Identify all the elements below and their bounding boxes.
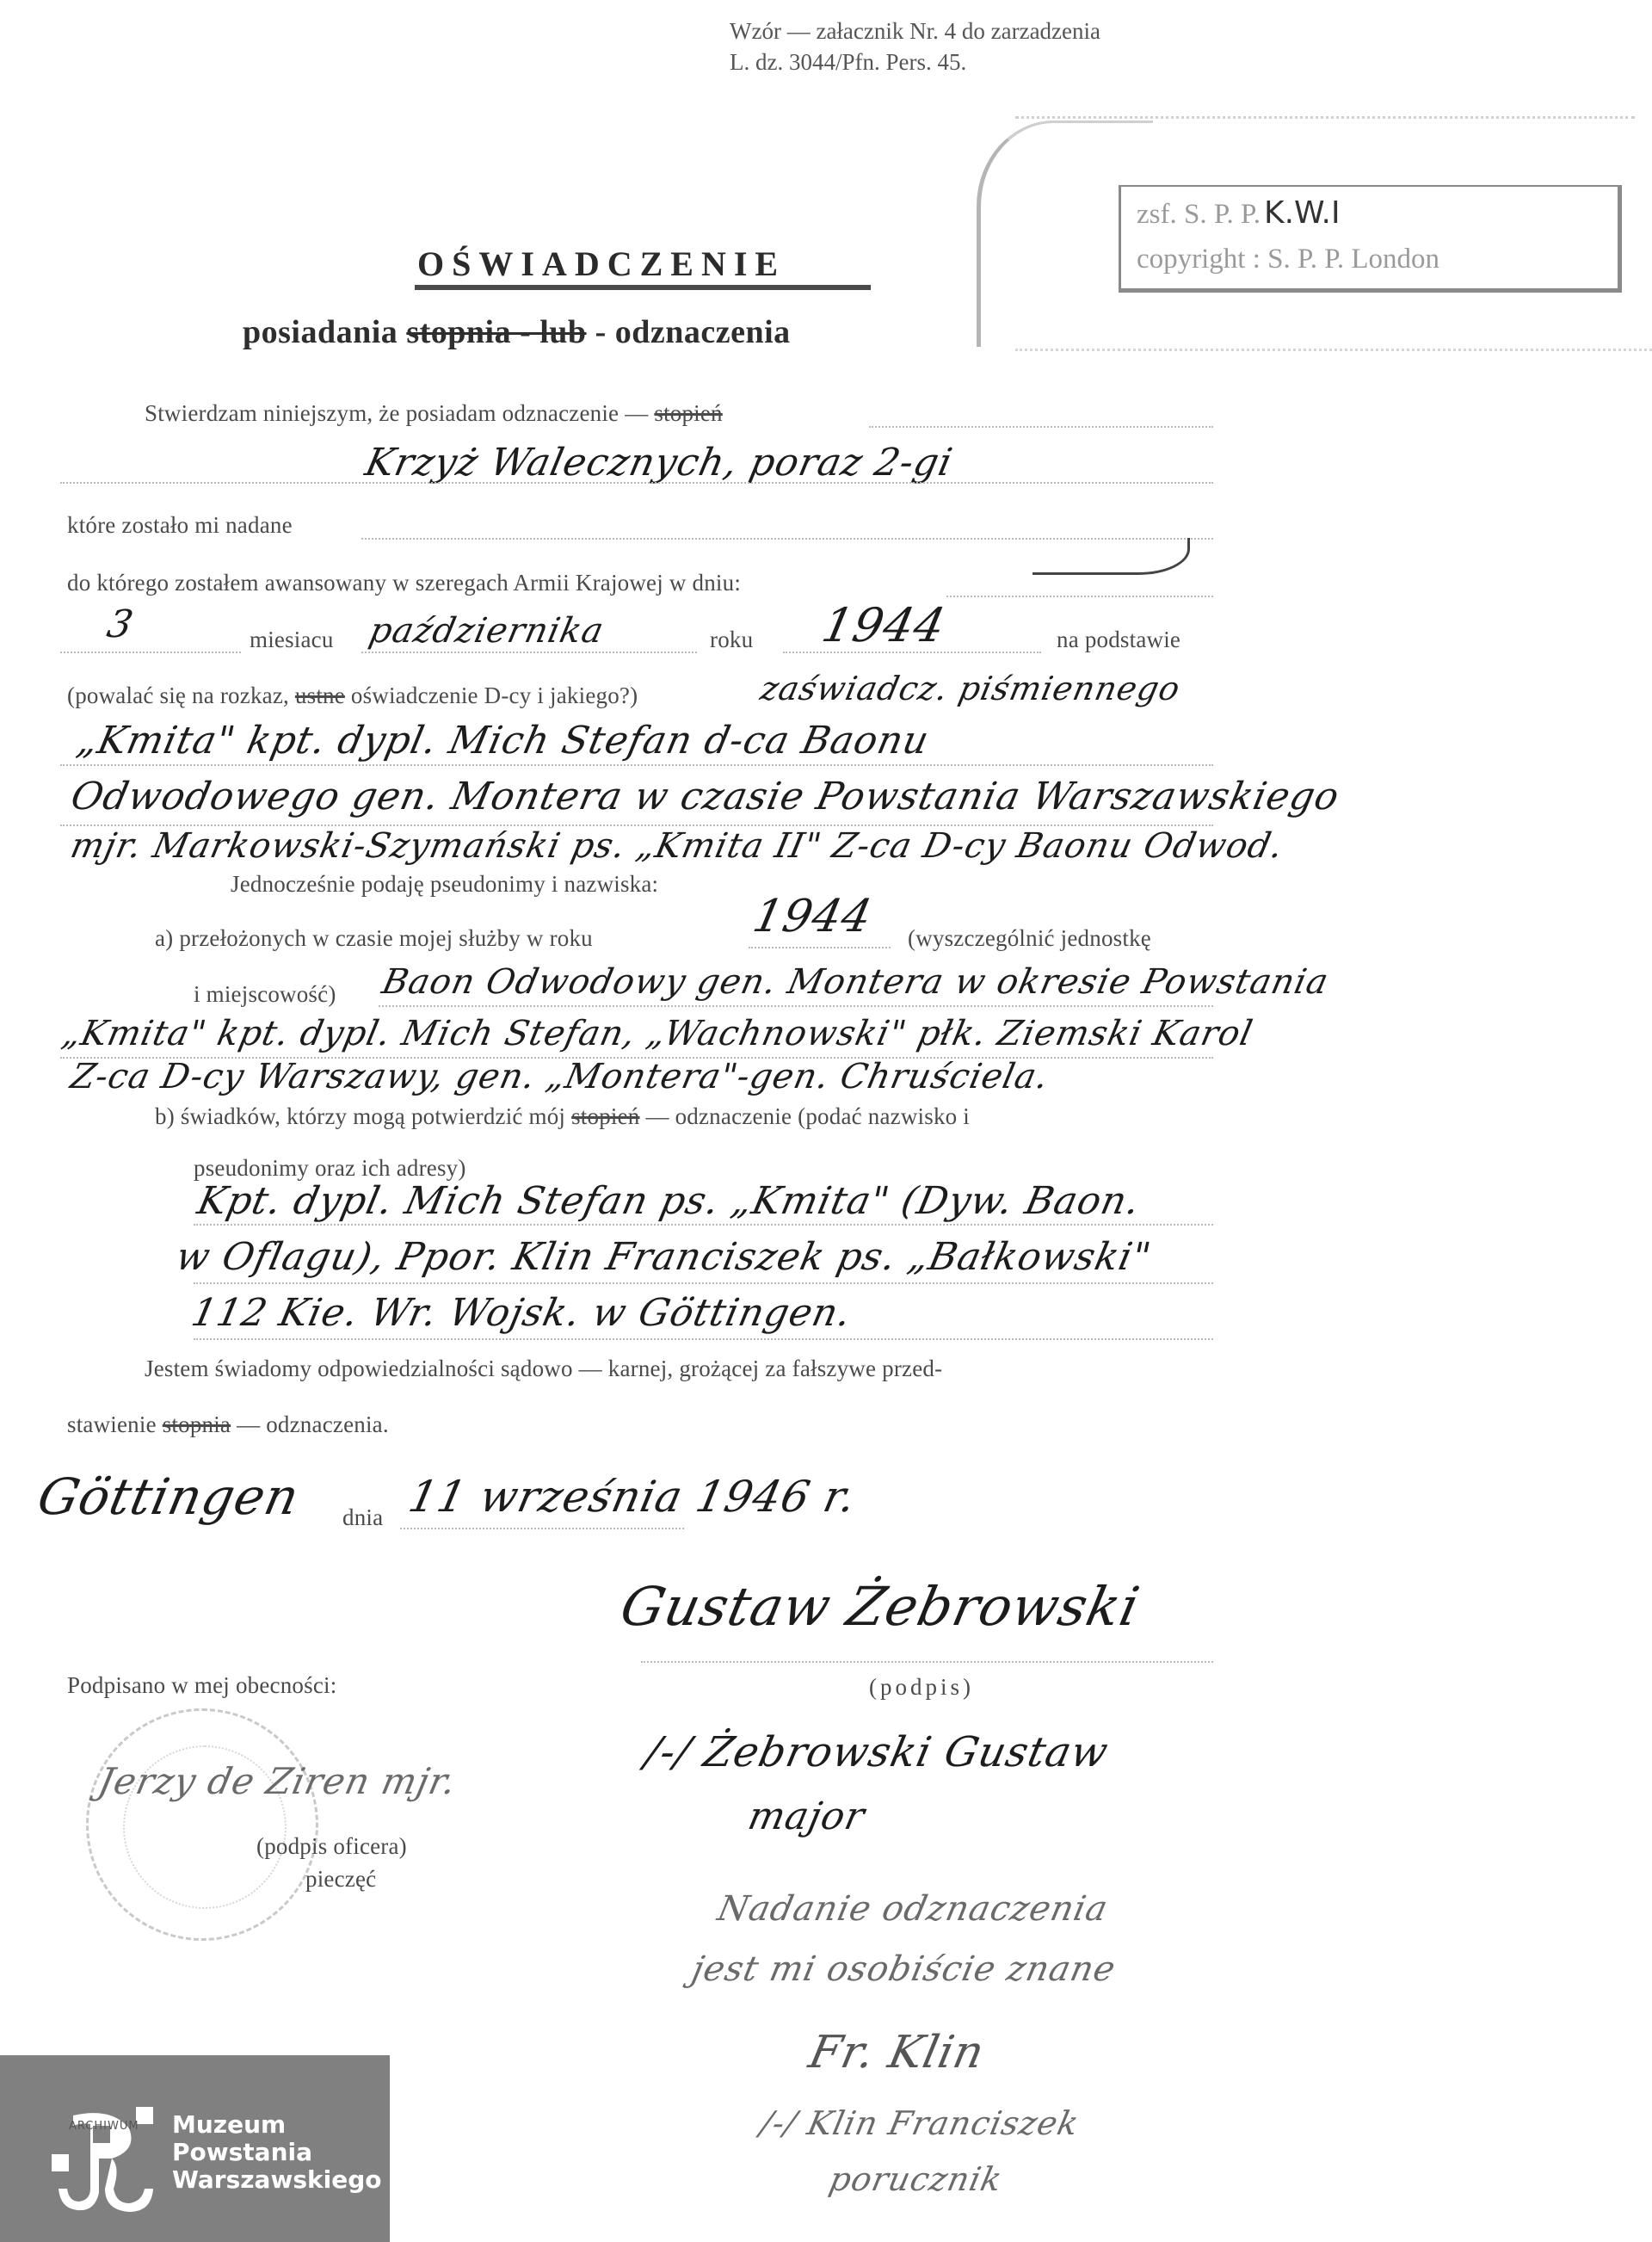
basis-label: na podstawie: [1057, 627, 1180, 653]
witnesses-hint: pseudonimy oraz ich adresy): [194, 1155, 466, 1182]
confirmation-note-line-2: jest mi osobiście znane: [688, 1949, 1119, 1989]
stamp-reference-prefix: zsf. S. P. P.: [1137, 199, 1261, 230]
struck-text: ustne: [295, 682, 345, 708]
struck-text: stopień: [654, 400, 722, 426]
day-value-handwritten: 3: [103, 602, 138, 646]
dotted-line: [400, 1528, 684, 1529]
dotted-line: [749, 947, 891, 948]
declarant-name-handwritten: /-/ Żebrowski Gustaw: [641, 1728, 1113, 1776]
witness-value-handwritten-2: w Oflagu), Ppor. Klin Franciszek ps. „Ba…: [172, 1235, 1156, 1279]
form-reference-line-2: L. dz. 3044/Pfn. Pers. 45.: [730, 46, 1100, 77]
basis-value-handwritten-4: mjr. Markowski-Szymański ps. „Kmita II" …: [67, 826, 1287, 866]
basis-hint: (powalać się na rozkaz, ustne oświadczen…: [67, 682, 638, 709]
basis-value-handwritten-3: Odwodowego gen. Montera w czasie Powstan…: [67, 775, 1343, 818]
struck-text: stopnia - lub: [406, 314, 586, 350]
confirming-officer-rank: porucznik: [826, 2160, 1006, 2198]
stamp-handwritten-code: K.W.I: [1264, 195, 1341, 231]
dotted-line: [194, 1224, 1213, 1226]
dotted-line: [869, 426, 1213, 428]
confirmation-note-line-1: Nadanie odznaczenia: [714, 1889, 1112, 1929]
place-value-handwritten-3: Z-ca D-cy Warszawy, gen. „Montera"-gen. …: [67, 1057, 1052, 1096]
promotion-date-label: do którego zostałem awansowany w szerega…: [67, 570, 741, 596]
stamp-dotted-border-bottom: [1015, 349, 1652, 351]
place-value-handwritten-1: Baon Odwodowy gen. Montera w okresie Pow…: [379, 962, 1332, 1002]
officer-signature-caption: (podpis oficera): [256, 1833, 407, 1860]
stamp-dotted-border-top: [1015, 116, 1635, 119]
witness-value-handwritten-1: Kpt. dypl. Mich Stefan ps. „Kmita" (Dyw.…: [194, 1179, 1144, 1223]
document-title: OŚWIADCZENIE: [417, 244, 786, 284]
confirming-officer-signature: Fr. Klin: [804, 2027, 989, 2078]
form-reference-header: Wzór — załacznik Nr. 4 do zarzadzenia L.…: [730, 15, 1100, 77]
date-label: dnia: [342, 1504, 383, 1531]
dotted-line: [60, 764, 1213, 766]
museum-name: Muzeum Powstania Warszawskiego: [172, 2111, 381, 2194]
signature-line: [641, 1661, 1213, 1663]
document-subtitle: posiadania stopnia - lub - odznaczenia: [243, 313, 791, 351]
archive-stamp: zsf. S. P. P. K.W.I copyright : S. P. P.…: [1119, 185, 1622, 293]
superiors-label: a) przełożonych w czasie mojej służby w …: [155, 925, 593, 952]
officer-signature: Jerzy de Ziren mjr.: [95, 1760, 460, 1802]
dotted-line: [783, 652, 1041, 653]
seal-caption: pieczęć: [305, 1866, 376, 1893]
struck-text: stopnia: [163, 1411, 231, 1437]
place-handwritten: Göttingen: [33, 1467, 305, 1526]
declarant-rank-handwritten: major: [744, 1794, 869, 1838]
dotted-line: [60, 482, 1213, 484]
date-value-handwritten: 11 września 1946 r.: [404, 1472, 860, 1522]
title-underline: [415, 285, 871, 290]
declarant-signature: Gustaw Żebrowski: [615, 1575, 1145, 1638]
dotted-line: [194, 1338, 1213, 1340]
place-value-handwritten-2: „Kmita" kpt. dypl. Mich Stefan, „Wachnow…: [59, 1014, 1256, 1053]
basis-value-handwritten-1: zaświadcz. piśmiennego: [757, 670, 1184, 707]
month-value-handwritten: października: [366, 611, 607, 651]
archive-overlay-text: ARCHIWUM: [69, 2120, 139, 2133]
confirming-officer-name: /-/ Klin Franciszek: [757, 2104, 1082, 2142]
witnesses-label: b) świadków, którzy mogą potwierdzić mój…: [155, 1103, 970, 1130]
superiors-year-handwritten: 1944: [749, 891, 877, 942]
witnessed-by-label: Podpisano w mej obecności:: [67, 1672, 336, 1699]
place-label: i miejscowość): [194, 981, 336, 1008]
form-reference-line-1: Wzór — załacznik Nr. 4 do zarzadzenia: [730, 15, 1100, 46]
year-label: roku: [710, 627, 753, 653]
signature-caption: (podpis): [869, 1674, 974, 1701]
responsibility-statement-line-2: stawienie stopnia — odznaczenia.: [67, 1411, 389, 1438]
museum-logo-banner: ARCHIWUM Muzeum Powstania Warszawskiego: [0, 2055, 390, 2242]
struck-text: stopień: [571, 1103, 639, 1129]
awarded-label: które zostało mi nadane: [67, 512, 293, 539]
dotted-line: [946, 596, 1213, 597]
dotted-line: [60, 652, 241, 653]
witness-value-handwritten-3: 112 Kie. Wr. Wojsk. w Göttingen.: [188, 1291, 855, 1335]
dotted-line: [194, 1282, 1213, 1284]
pseudonyms-label: Jednocześnie podaję pseudonimy i nazwisk…: [231, 871, 658, 898]
decoration-name-handwritten: Krzyż Walecznych, poraz 2-gi: [361, 441, 957, 485]
declaration-label: Stwierdzam niniejszym, że posiadam odzna…: [145, 400, 723, 427]
stamp-copyright: copyright : S. P. P. London: [1137, 244, 1439, 275]
basis-value-handwritten-2: „Kmita" kpt. dypl. Mich Stefan d-ca Baon…: [73, 719, 934, 763]
unit-hint: (wyszczególnić jednostkę: [908, 925, 1151, 952]
dotted-line: [379, 1005, 1213, 1007]
month-label: miesiacu: [250, 627, 334, 653]
handwritten-curve-mark: [1032, 538, 1190, 575]
official-seal-stamp: [86, 1708, 318, 1941]
responsibility-statement-line-1: Jestem świadomy odpowiedzialności sądowo…: [145, 1356, 942, 1382]
year-value-handwritten: 1944: [817, 598, 951, 652]
dotted-line: [361, 652, 697, 653]
